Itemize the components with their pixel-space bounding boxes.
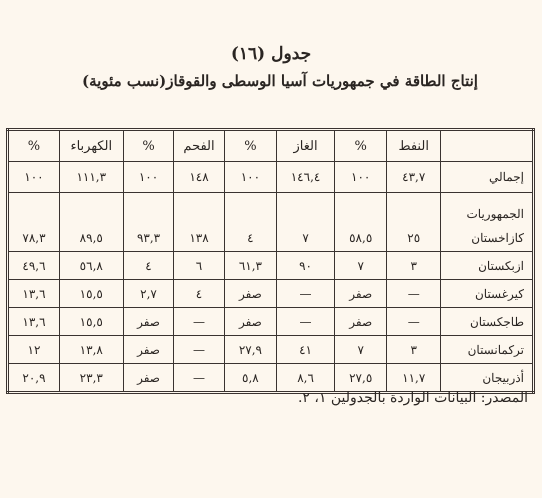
- cell: ٢٣,٣: [59, 364, 123, 393]
- header-cell: %: [123, 130, 174, 162]
- table-subtitle: إنتاج الطاقة في جمهوريات آسيا الوسطى وال…: [40, 72, 520, 90]
- cell: ٤: [224, 193, 277, 252]
- row-label: كيرغستان: [441, 280, 534, 308]
- cell: ٥٨,٥: [334, 193, 387, 252]
- source-note: المصدر: البيانات الواردة بالجدولين ١، ٢.: [298, 390, 528, 406]
- cell: ٧: [334, 336, 387, 364]
- cell: ١٣٨: [174, 193, 224, 252]
- header-cell: الغاز: [277, 130, 335, 162]
- cell: ٢,٧: [123, 280, 174, 308]
- cell: ١٣,٦: [8, 308, 60, 336]
- cell: —: [387, 280, 441, 308]
- cell: ١٢: [8, 336, 60, 364]
- cell: —: [174, 364, 224, 393]
- cell: —: [277, 280, 335, 308]
- cell: صفر: [334, 308, 387, 336]
- header-cell: %: [8, 130, 60, 162]
- cell: ٧: [334, 252, 387, 280]
- cell: صفر: [334, 280, 387, 308]
- header-cell: %: [334, 130, 387, 162]
- row-label: أذربيجان: [441, 364, 534, 393]
- cell: ١٠٠: [334, 162, 387, 193]
- header-cell: الكهرباء: [59, 130, 123, 162]
- cell: ٢٥: [387, 193, 441, 252]
- cell: ٤٣,٧: [387, 162, 441, 193]
- cell: ١٠٠: [123, 162, 174, 193]
- row-label: ازبكستان: [441, 252, 534, 280]
- row-label: طاجكستان: [441, 308, 534, 336]
- cell: —: [277, 308, 335, 336]
- cell: —: [174, 336, 224, 364]
- table-row: أذربيجان ١١,٧ ٢٧,٥ ٨,٦ ٥,٨ — صفر ٢٣,٣ ٢٠…: [8, 364, 534, 393]
- cell: ٦: [174, 252, 224, 280]
- row-label: تركمانستان: [441, 336, 534, 364]
- cell: صفر: [123, 336, 174, 364]
- cell: ١٥,٥: [59, 280, 123, 308]
- cell: ٢٧,٥: [334, 364, 387, 393]
- cell: ٣: [387, 336, 441, 364]
- cell: صفر: [123, 364, 174, 393]
- header-row: النفط % الغاز % الفحم % الكهرباء %: [8, 130, 534, 162]
- group-label: الجمهوريات: [441, 207, 524, 221]
- row-label-cell: الجمهوريات كازاخستان: [441, 193, 534, 252]
- cell: ٨٩,٥: [59, 193, 123, 252]
- header-cell: الفحم: [174, 130, 224, 162]
- cell: صفر: [224, 308, 277, 336]
- table-row: طاجكستان — صفر — صفر — صفر ١٥,٥ ١٣,٦: [8, 308, 534, 336]
- cell: ٧٨,٣: [8, 193, 60, 252]
- cell: صفر: [123, 308, 174, 336]
- cell: ١٤٨: [174, 162, 224, 193]
- cell: ١١,٧: [387, 364, 441, 393]
- table-row: الجمهوريات كازاخستان ٢٥ ٥٨,٥ ٧ ٤ ١٣٨ ٩٣,…: [8, 193, 534, 252]
- header-cell: [441, 130, 534, 162]
- cell: —: [387, 308, 441, 336]
- table-row: تركمانستان ٣ ٧ ٤١ ٢٧,٩ — صفر ١٣,٨ ١٢: [8, 336, 534, 364]
- cell: ٧: [277, 193, 335, 252]
- cell: ٤١: [277, 336, 335, 364]
- cell: ٢٧,٩: [224, 336, 277, 364]
- cell: ٤٩,٦: [8, 252, 60, 280]
- cell: ٤: [123, 252, 174, 280]
- cell: ٨,٦: [277, 364, 335, 393]
- cell: ١٤٦,٤: [277, 162, 335, 193]
- energy-production-table: النفط % الغاز % الفحم % الكهرباء % إجمال…: [6, 128, 535, 394]
- cell: ٩٠: [277, 252, 335, 280]
- cell: ٢٠,٩: [8, 364, 60, 393]
- cell: ١١١,٣: [59, 162, 123, 193]
- row-label: كازاخستان: [471, 231, 524, 245]
- table-row: كيرغستان — صفر — صفر ٤ ٢,٧ ١٥,٥ ١٣,٦: [8, 280, 534, 308]
- cell: ٩٣,٣: [123, 193, 174, 252]
- cell: ١٠٠: [224, 162, 277, 193]
- cell: ٥٦,٨: [59, 252, 123, 280]
- cell: —: [174, 308, 224, 336]
- table-title: جدول (١٦): [0, 44, 542, 64]
- cell: ١٣,٦: [8, 280, 60, 308]
- cell: ١٥,٥: [59, 308, 123, 336]
- header-cell: %: [224, 130, 277, 162]
- cell: ١٣,٨: [59, 336, 123, 364]
- header-cell: النفط: [387, 130, 441, 162]
- cell: ٣: [387, 252, 441, 280]
- cell: ٥,٨: [224, 364, 277, 393]
- cell: ٦١,٣: [224, 252, 277, 280]
- row-label: إجمالي: [441, 162, 534, 193]
- table-row: ازبكستان ٣ ٧ ٩٠ ٦١,٣ ٦ ٤ ٥٦,٨ ٤٩,٦: [8, 252, 534, 280]
- cell: ١٠٠: [8, 162, 60, 193]
- cell: ٤: [174, 280, 224, 308]
- cell: صفر: [224, 280, 277, 308]
- total-row: إجمالي ٤٣,٧ ١٠٠ ١٤٦,٤ ١٠٠ ١٤٨ ١٠٠ ١١١,٣ …: [8, 162, 534, 193]
